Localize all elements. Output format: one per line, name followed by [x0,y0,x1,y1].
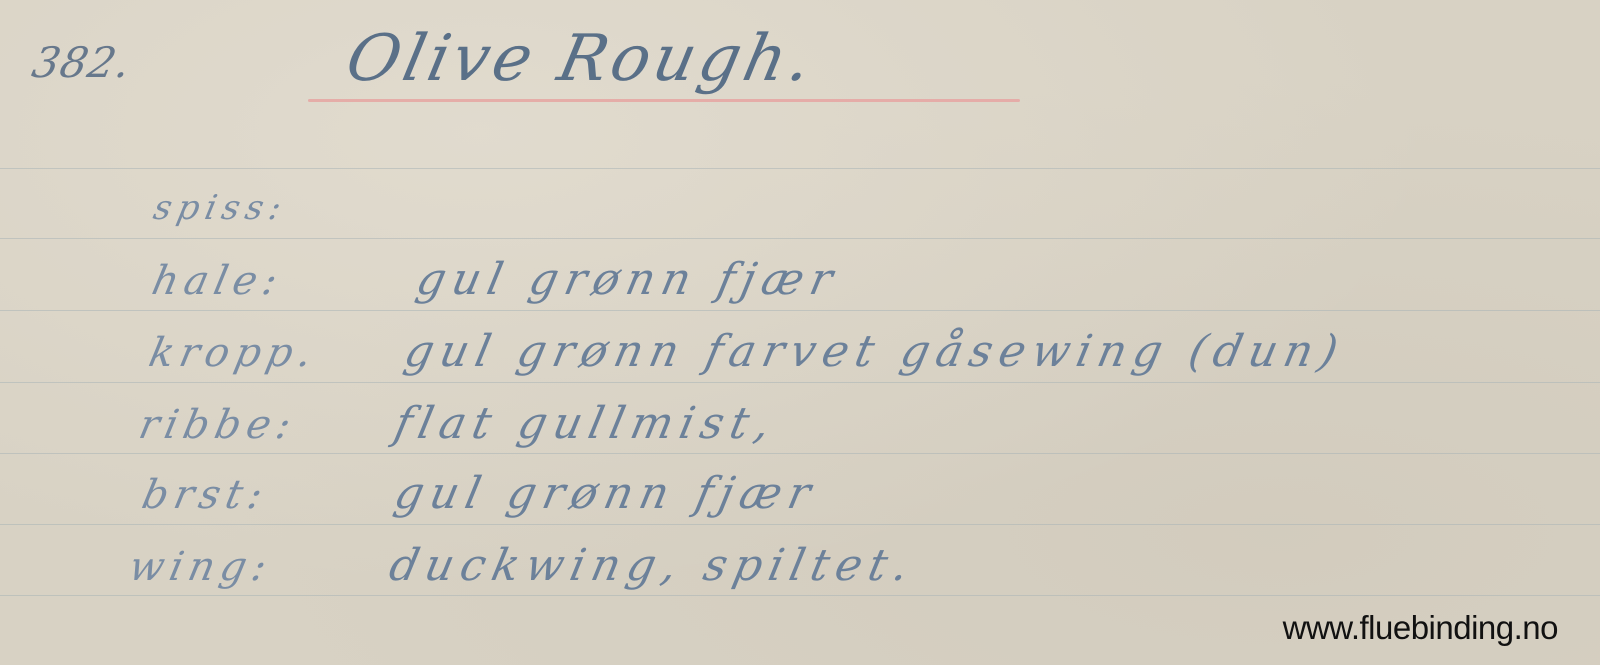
ruled-line [0,168,1600,169]
ruled-line [0,595,1600,596]
scanned-page: 382. Olive Rough. spiss: hale: gul grønn… [0,0,1600,665]
entry-number: 382. [28,38,136,87]
fly-pattern-title: Olive Rough. [340,22,822,96]
ruled-line [0,524,1600,525]
ruled-line [0,238,1600,239]
recipe-label-hackle: brst: [138,472,273,518]
recipe-value-hackle: gul grønn fjær [390,468,822,519]
recipe-value-body: gul grønn farvet gåsewing (dun) [400,326,1349,377]
ruled-line [0,310,1600,311]
recipe-value-rib: flat gullmist, [390,398,782,449]
title-underline [308,99,1020,102]
recipe-label-wing: wing: [125,544,277,590]
ruled-line [0,382,1600,383]
recipe-label-tip: spiss: [150,188,291,228]
ruled-line [0,453,1600,454]
recipe-value-wing: duckwing, spiltet. [385,540,920,591]
recipe-value-tail: gul grønn fjær [412,254,844,305]
recipe-label-rib: ribbe: [135,402,301,448]
recipe-label-body: kropp. [145,330,322,376]
website-watermark: www.fluebinding.no [1283,609,1558,647]
recipe-label-tail: hale: [148,258,287,304]
